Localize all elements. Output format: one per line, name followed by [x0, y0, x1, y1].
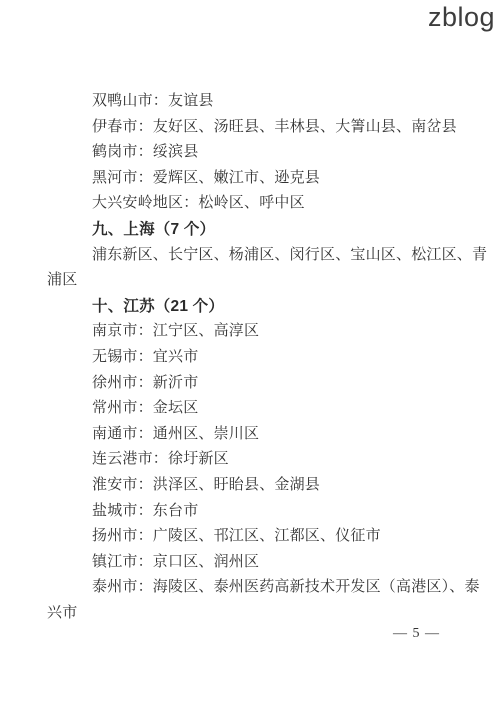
entry-lianyungang: 连云港市：徐圩新区: [47, 447, 459, 473]
entry-changzhou: 常州市：金坛区: [47, 396, 459, 422]
entry-nanjing: 南京市：江宁区、高淳区: [47, 319, 459, 345]
entry-heihe: 黑河市：爱辉区、嫩江市、逊克县: [47, 166, 459, 192]
entry-nantong: 南通市：通州区、崇川区: [47, 422, 459, 448]
entry-daxinganling: 大兴安岭地区：松岭区、呼中区: [47, 191, 459, 217]
entry-shanghai-districts: 浦东新区、长宁区、杨浦区、闵行区、宝山区、松江区、青: [47, 243, 459, 269]
entry-xuzhou: 徐州市：新沂市: [47, 371, 459, 397]
section-heading-shanghai: 九、上海（7 个）: [47, 217, 459, 243]
entry-taizhou-wrap: 兴市: [47, 601, 459, 627]
entry-huaian: 淮安市：洪泽区、盱眙县、金湖县: [47, 473, 459, 499]
entry-shuangyashan: 双鸭山市：友谊县: [47, 89, 459, 115]
document-body: 双鸭山市：友谊县 伊春市：友好区、汤旺县、丰林县、大箐山县、南岔县 鹤岗市：绥滨…: [47, 89, 459, 626]
entry-shanghai-districts-wrap: 浦区: [47, 268, 459, 294]
zblog-watermark: zblog: [428, 2, 495, 33]
entry-hegang: 鹤岗市：绥滨县: [47, 140, 459, 166]
entry-yichun: 伊春市：友好区、汤旺县、丰林县、大箐山县、南岔县: [47, 115, 459, 141]
page-number: — 5 —: [393, 626, 440, 642]
entry-taizhou: 泰州市：海陵区、泰州医药高新技术开发区（高港区）、泰: [47, 575, 459, 601]
entry-yancheng: 盐城市：东台市: [47, 499, 459, 525]
entry-wuxi: 无锡市：宜兴市: [47, 345, 459, 371]
section-heading-jiangsu: 十、江苏（21 个）: [47, 294, 459, 320]
entry-yangzhou: 扬州市：广陵区、邗江区、江都区、仪征市: [47, 524, 459, 550]
entry-zhenjiang: 镇江市：京口区、润州区: [47, 550, 459, 576]
